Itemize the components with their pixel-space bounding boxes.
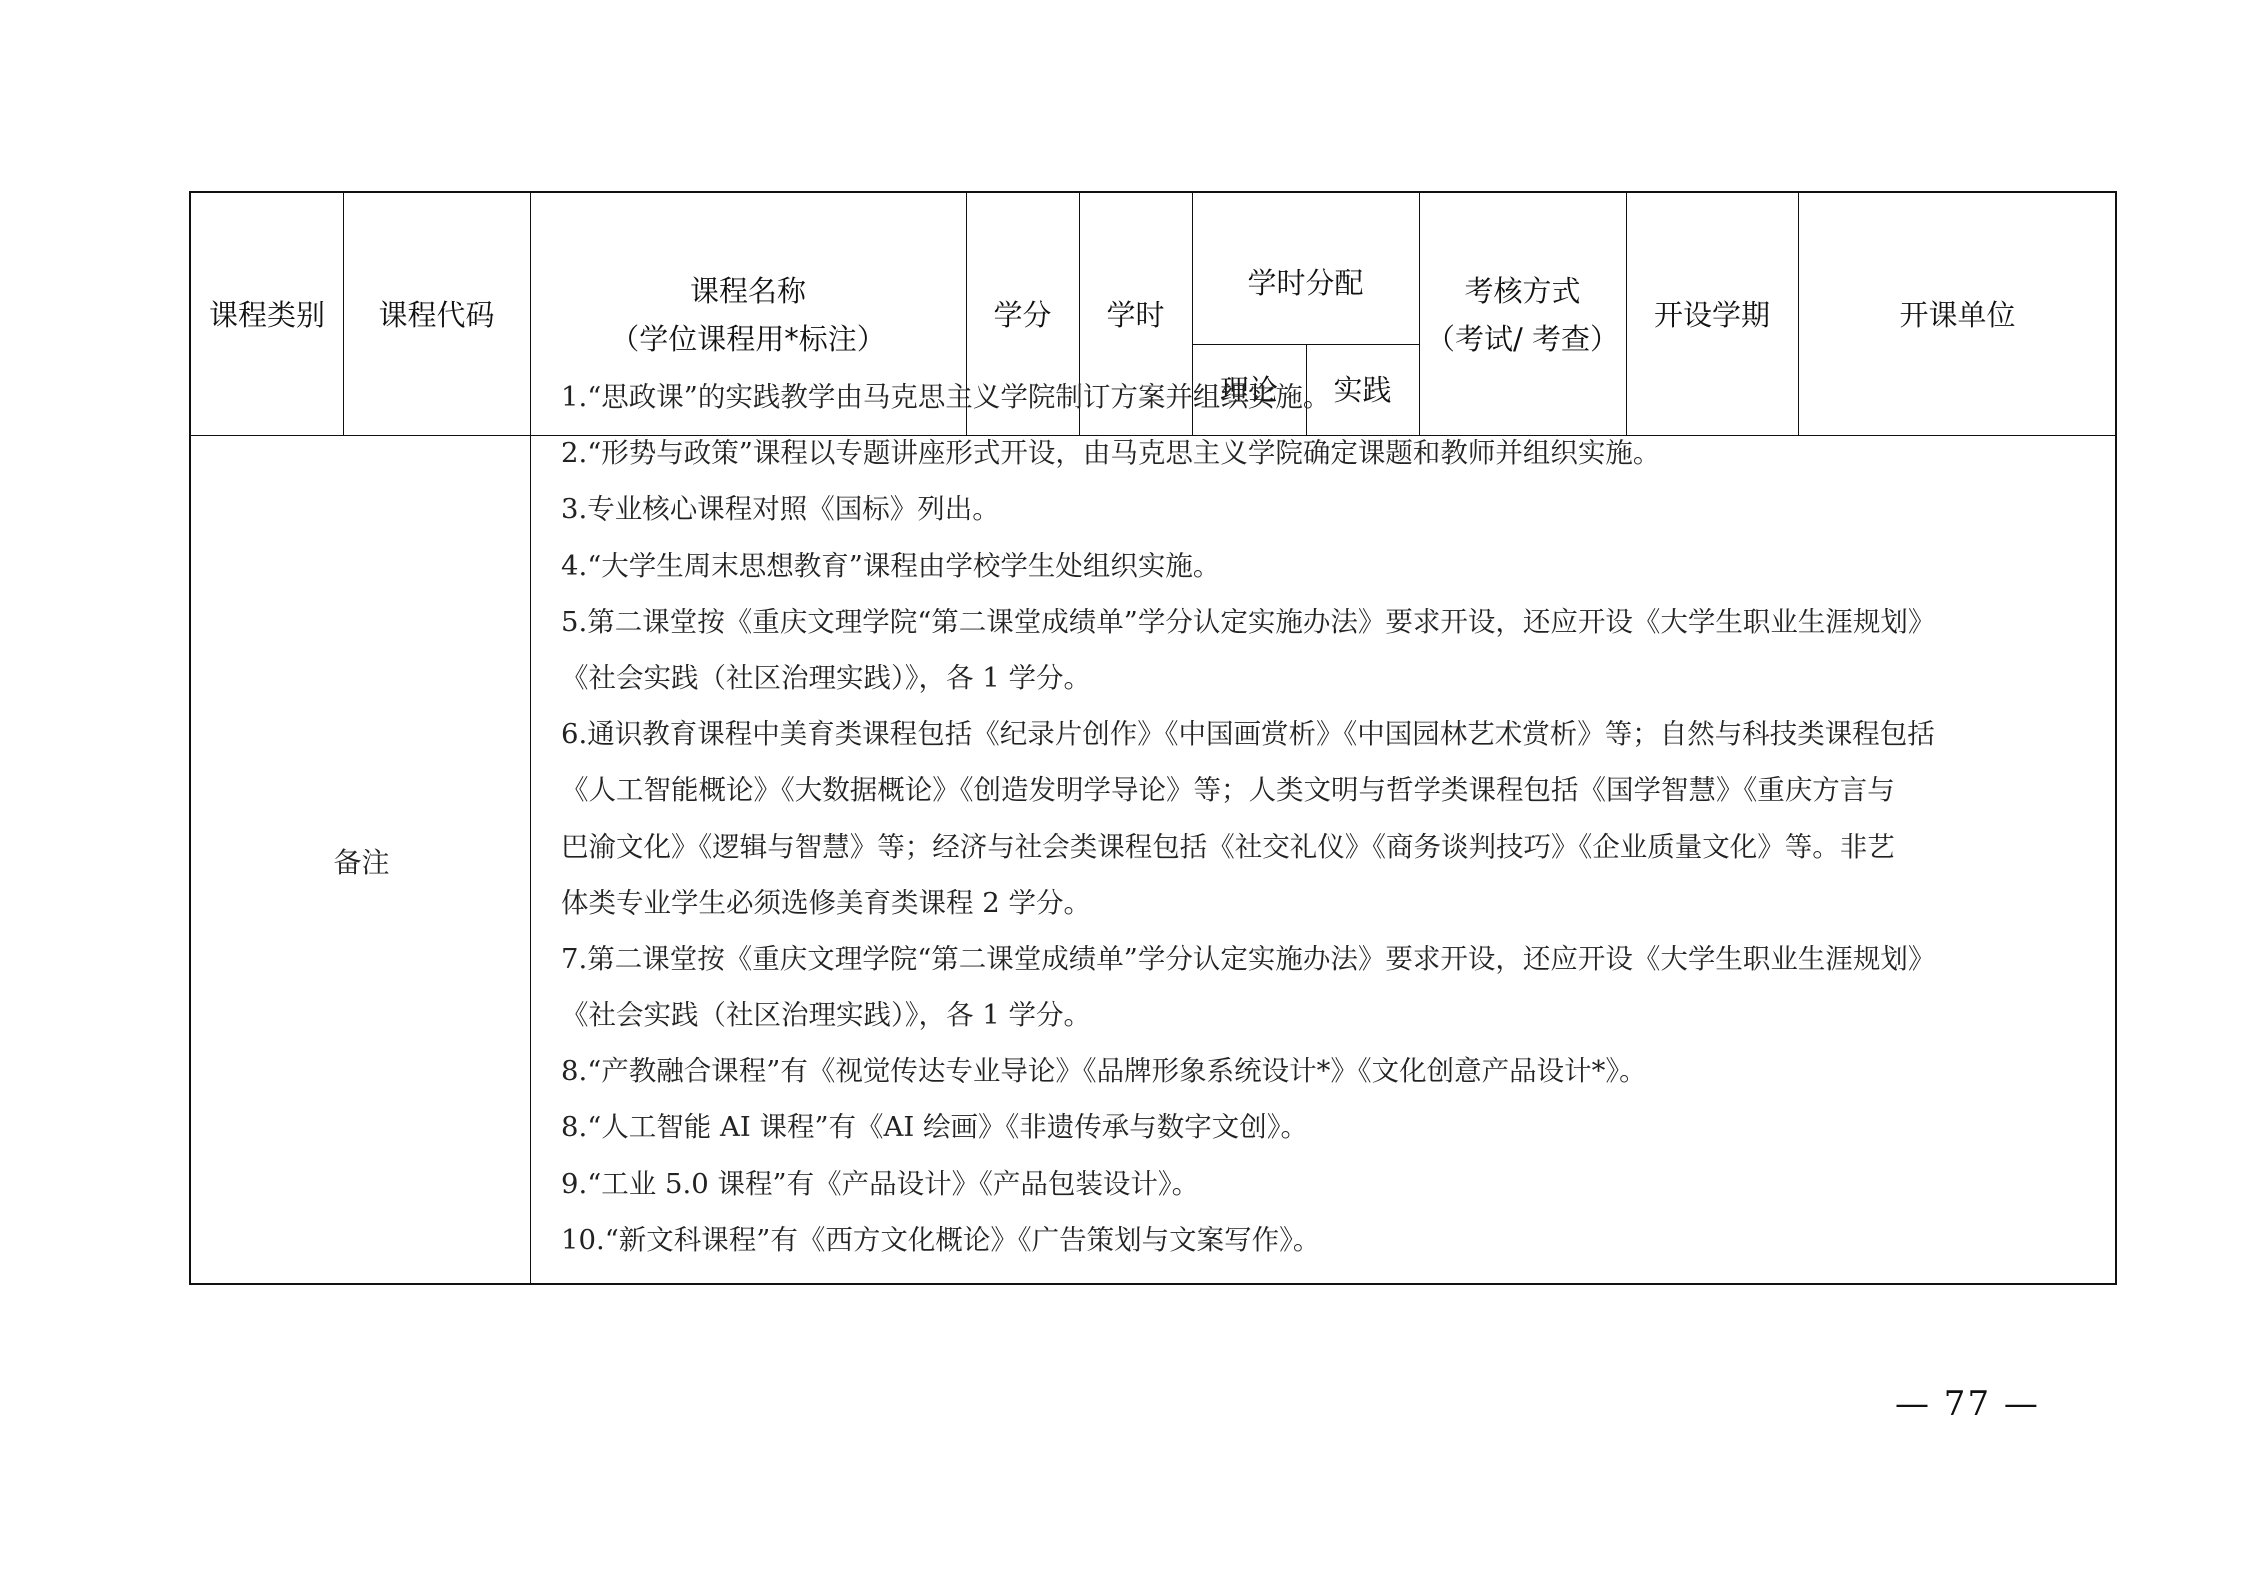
note-line: 《人工智能概论》《大数据概论》《创造发明学导论》等；人类文明与哲学类课程包括《国… (561, 762, 2101, 818)
note-line: 2.“形势与政策”课程以专题讲座形式开设，由马克思主义学院确定课题和教师并组织实… (561, 425, 2101, 481)
note-line: 7.第二课堂按《重庆文理学院“第二课堂成绩单”学分认定实施办法》要求开设，还应开… (561, 931, 2101, 987)
note-line: 8.“人工智能 AI 课程”有《AI 绘画》《非遗传承与数字文创》。 (561, 1099, 2101, 1155)
header-code: 课程代码 (343, 193, 530, 436)
note-line: 体类专业学生必须选修美育类课程 2 学分。 (561, 875, 2101, 931)
note-line: 《社会实践（社区治理实践）》，各 1 学分。 (561, 650, 2101, 706)
note-line: 9.“工业 5.0 课程”有《产品设计》《产品包装设计》。 (561, 1156, 2101, 1212)
remark-label: 备注 (191, 436, 532, 1285)
note-line: 10.“新文科课程”有《西方文化概论》《广告策划与文案写作》。 (561, 1212, 2101, 1268)
note-line: 4.“大学生周末思想教育”课程由学校学生处组织实施。 (561, 538, 2101, 594)
header-category: 课程类别 (191, 193, 343, 436)
header-hour-allocation: 学时分配 (1192, 193, 1419, 344)
page-number: — 77 — (1895, 1384, 2040, 1424)
remark-notes: 1.“思政课”的实践教学由马克思主义学院制订方案并组织实施。 2.“形势与政策”… (561, 369, 2101, 1268)
note-line: 5.第二课堂按《重庆文理学院“第二课堂成绩单”学分认定实施办法》要求开设，还应开… (561, 594, 2101, 650)
note-line: 3.专业核心课程对照《国标》列出。 (561, 481, 2101, 537)
note-line: 1.“思政课”的实践教学由马克思主义学院制订方案并组织实施。 (561, 369, 2101, 425)
curriculum-table: 课程类别 课程代码 课程名称 （学位课程用*标注） 学分 学时 学时分配 理论 … (189, 191, 2117, 1285)
note-line: 8.“产教融合课程”有《视觉传达专业导论》《品牌形象系统设计*》《文化创意产品设… (561, 1043, 2101, 1099)
note-line: 巴渝文化》《逻辑与智慧》等；经济与社会类课程包括《社交礼仪》《商务谈判技巧》《企… (561, 819, 2101, 875)
note-line: 6.通识教育课程中美育类课程包括《纪录片创作》《中国画赏析》《中国园林艺术赏析》… (561, 706, 2101, 762)
note-line: 《社会实践（社区治理实践）》，各 1 学分。 (561, 987, 2101, 1043)
